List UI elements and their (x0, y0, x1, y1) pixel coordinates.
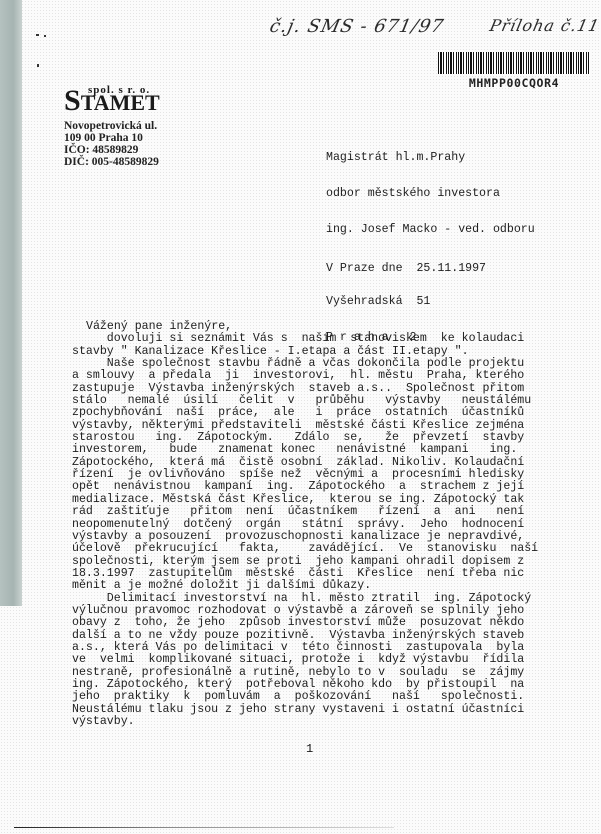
body-line: obavy z toho, že jeho způsob investorstv… (72, 617, 538, 629)
body-line: ve velmi komplikované situaci, protože i… (72, 654, 538, 666)
body-line: zpochybňování naší práce, ale i práce os… (72, 407, 538, 419)
body-line: Neustálému tlaku jsou z jeho strany vyst… (72, 704, 538, 716)
sender-address-line: Novopetrovická ul. (64, 120, 159, 132)
sender-address-line: DIČ: 005-48589829 (64, 156, 159, 168)
recipient-line: Magistrát hl.m.Prahy (326, 152, 535, 164)
sender-address-line: IČO: 48589829 (64, 144, 159, 156)
barcode: MHMPP00CQOR4 (438, 52, 590, 90)
letter-body: Vážený pane inženýre, dovoluji si seznám… (72, 321, 538, 728)
body-line: účelově překrucující fakta, zavádějící. … (72, 543, 538, 555)
handwritten-attachment-note: Příloha č.11 (488, 16, 601, 35)
body-line: měnit a je možné doložit ji dalšími důka… (72, 580, 538, 592)
body-line: jeho praktiky k pomluvám a poškozování n… (72, 691, 538, 703)
body-line: opět nenávistnou kampaní ing. Zápotockéh… (72, 481, 538, 493)
scan-speck (37, 64, 39, 67)
body-line: rád zaštiťuje přitom není účastníkem říz… (72, 506, 538, 518)
scan-edge-strip (0, 0, 22, 606)
recipient-line: odbor městského investora (326, 188, 535, 200)
body-line: výstavby. (72, 716, 538, 728)
barcode-label: MHMPP00CQOR4 (438, 76, 590, 90)
page-number: 1 (306, 742, 313, 756)
company-logo: spol. s r. o. STAMET (64, 86, 160, 116)
date-line: V Praze dne 25.11.1997 (326, 262, 486, 275)
body-line: a smlouvy a předala ji investorovi, hl. … (72, 370, 538, 382)
company-initial: S (64, 84, 81, 117)
scan-speck (44, 35, 46, 37)
body-line: investorem, bude znamenat konec nenávist… (72, 444, 538, 456)
sender-address: Novopetrovická ul. 109 00 Praha 10 IČO: … (64, 120, 159, 168)
handwritten-reference-number: č.j. SMS - 671/97 (268, 16, 446, 37)
body-line: neopomenutelný dotčený orgán státní sprá… (72, 519, 538, 531)
body-line: dovoluji si seznámit Vás s naším stanovi… (72, 333, 538, 345)
recipient-line: Vyšehradská 51 (326, 296, 535, 308)
company-suffix: spol. s r. o. (88, 84, 150, 96)
recipient-line: ing. Josef Macko - ved. odboru (326, 224, 535, 236)
scan-bottom-edge (14, 827, 394, 828)
sender-address-line: 109 00 Praha 10 (64, 132, 159, 144)
scan-speck (36, 34, 39, 36)
barcode-bars (438, 52, 590, 74)
